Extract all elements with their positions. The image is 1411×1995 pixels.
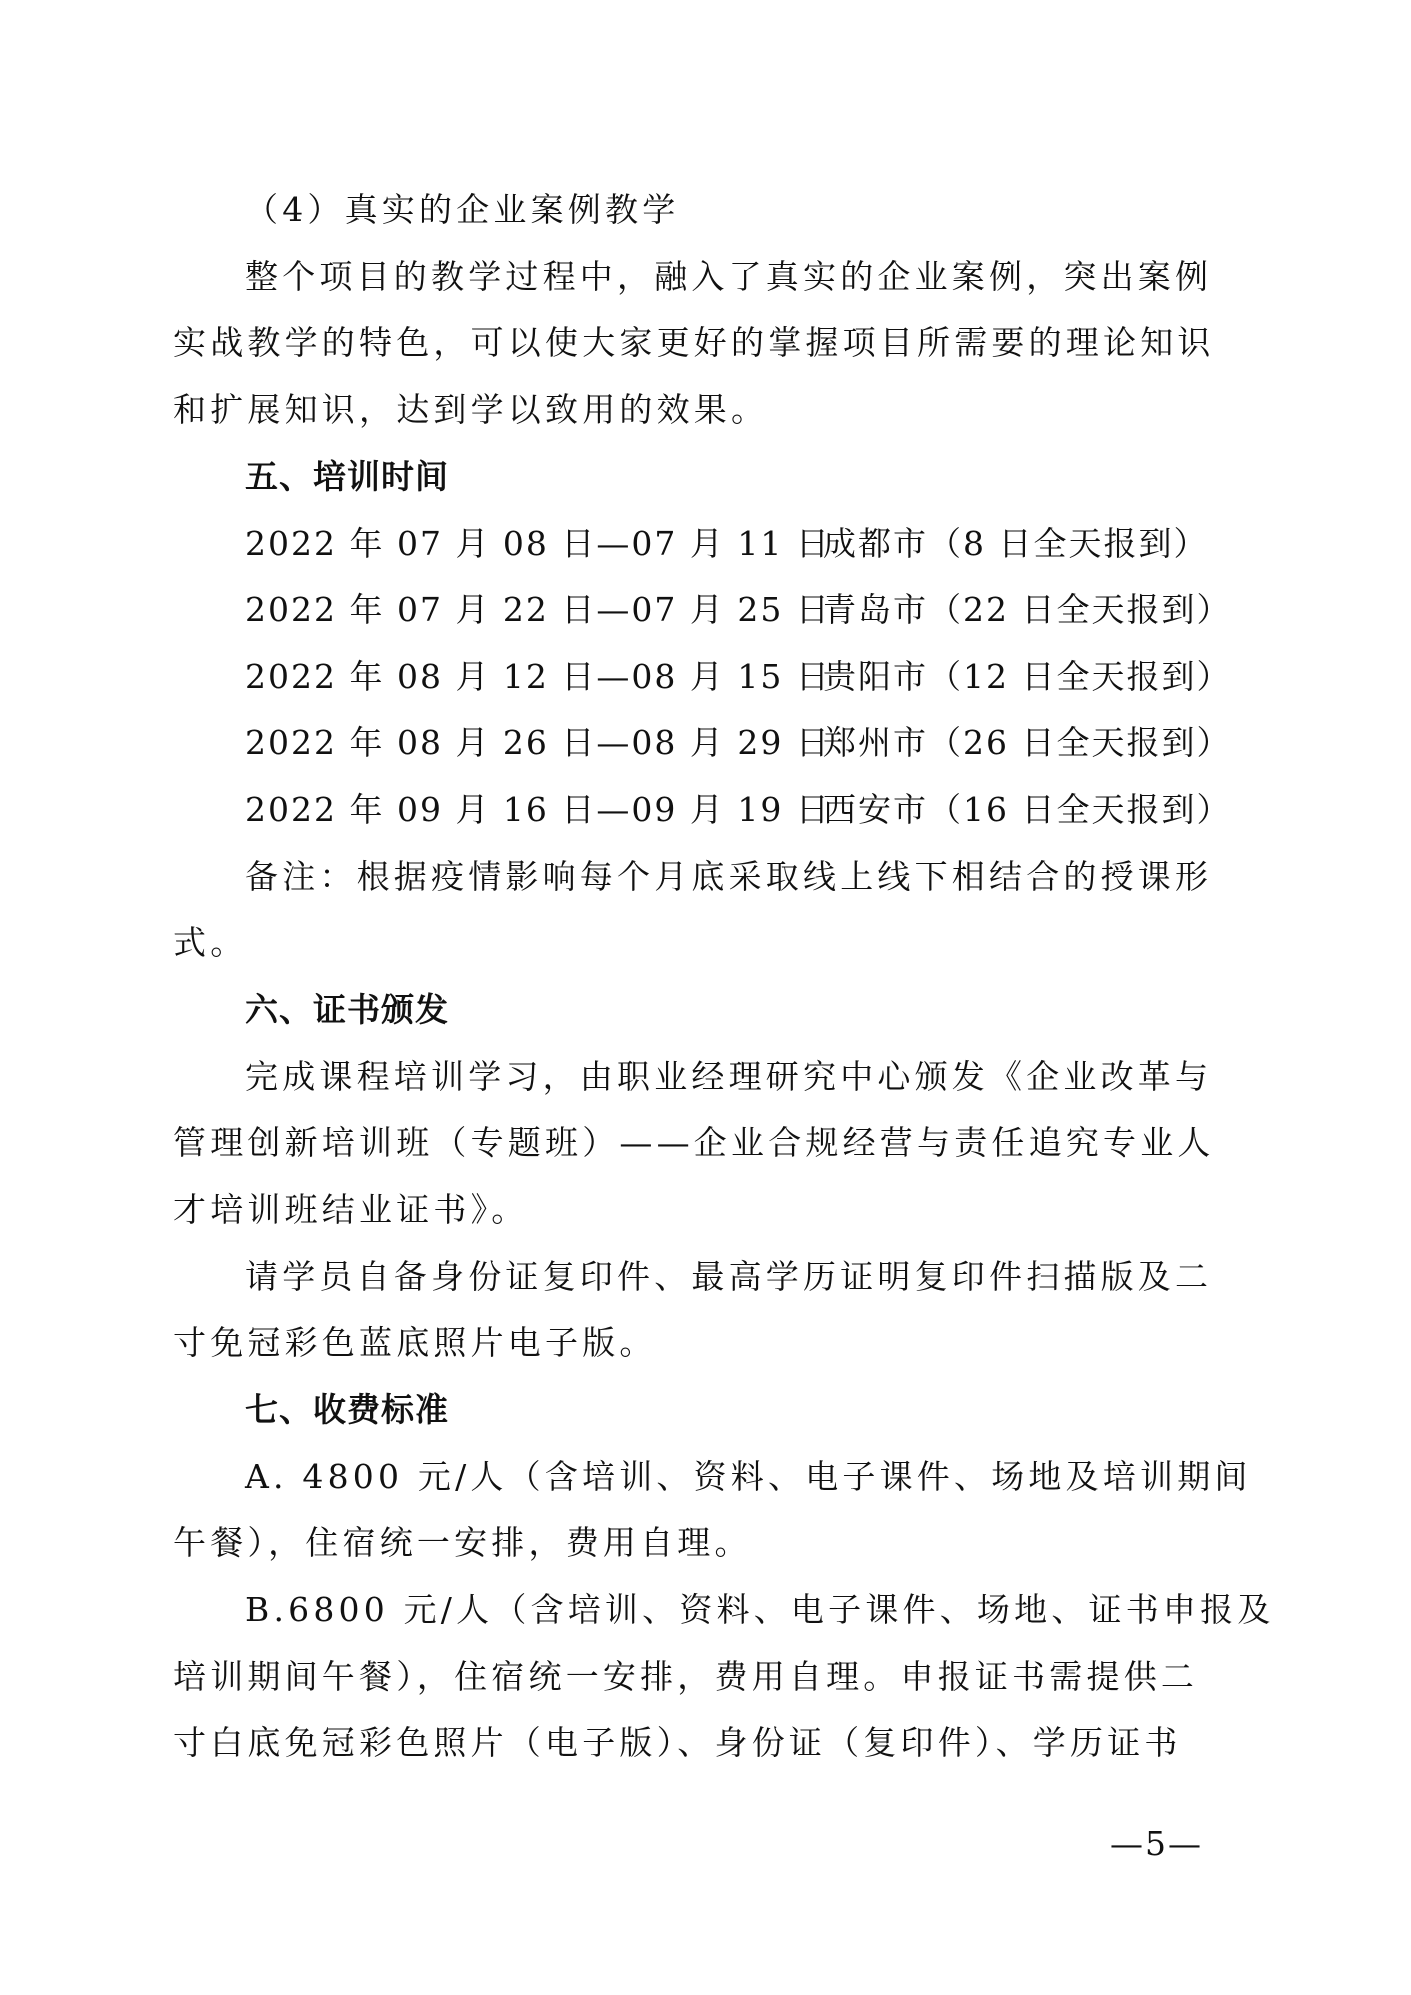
subsection-heading: （4）真实的企业案例教学	[245, 190, 1315, 230]
paragraph-line: 整个项目的教学过程中，融入了真实的企业案例，突出案例	[245, 257, 1315, 297]
schedule-city: 成都市（8 日全天报到）	[823, 524, 1209, 564]
section-heading-fees: 七、收费标准	[245, 1390, 1315, 1430]
schedule-dates: 2022 年 07 月 22 日—07 月 25 日	[245, 590, 831, 629]
note-line: 备注：根据疫情影响每个月底采取线上线下相结合的授课形	[245, 857, 1315, 897]
fee-option-a-line: A. 4800 元/人（含培训、资料、电子课件、场地及培训期间	[245, 1457, 1315, 1497]
schedule-row: 2022 年 08 月 26 日—08 月 29 日 郑州市（26 日全天报到）	[245, 723, 1315, 763]
fee-option-a-line: 午餐），住宿统一安排，费用自理。	[173, 1523, 1243, 1563]
schedule-row: 2022 年 07 月 08 日—07 月 11 日 成都市（8 日全天报到）	[245, 524, 1315, 564]
schedule-city: 郑州市（26 日全天报到）	[823, 723, 1231, 763]
fee-option-b-line: 寸白底免冠彩色照片（电子版）、身份证（复印件）、学历证书	[173, 1723, 1243, 1763]
paragraph-line: 才培训班结业证书》。	[173, 1190, 1243, 1230]
note-line: 式。	[173, 923, 1243, 963]
schedule-row: 2022 年 09 月 16 日—09 月 19 日 西安市（16 日全天报到）	[245, 790, 1315, 830]
section-heading-training-time: 五、培训时间	[245, 457, 1315, 497]
schedule-dates: 2022 年 09 月 16 日—09 月 19 日	[245, 790, 831, 829]
page-number: —5—	[1110, 1824, 1203, 1864]
schedule-city: 贵阳市（12 日全天报到）	[823, 657, 1231, 697]
section-heading-certificate: 六、证书颁发	[245, 990, 1315, 1030]
paragraph-line: 和扩展知识，达到学以致用的效果。	[173, 390, 1243, 430]
paragraph-line: 请学员自备身份证复印件、最高学历证明复印件扫描版及二	[245, 1257, 1315, 1297]
paragraph-line: 完成课程培训学习，由职业经理研究中心颁发《企业改革与	[245, 1057, 1315, 1097]
schedule-row: 2022 年 07 月 22 日—07 月 25 日 青岛市（22 日全天报到）	[245, 590, 1315, 630]
fee-option-b-line: 培训期间午餐），住宿统一安排，费用自理。申报证书需提供二	[173, 1657, 1243, 1697]
paragraph-line: 实战教学的特色，可以使大家更好的掌握项目所需要的理论知识	[173, 323, 1243, 363]
schedule-dates: 2022 年 08 月 12 日—08 月 15 日	[245, 657, 831, 696]
schedule-row: 2022 年 08 月 12 日—08 月 15 日 贵阳市（12 日全天报到）	[245, 657, 1315, 697]
paragraph-line: 寸免冠彩色蓝底照片电子版。	[173, 1323, 1243, 1363]
paragraph-line: 管理创新培训班（专题班）——企业合规经营与责任追究专业人	[173, 1123, 1243, 1163]
schedule-city: 西安市（16 日全天报到）	[823, 790, 1231, 830]
schedule-dates: 2022 年 08 月 26 日—08 月 29 日	[245, 723, 831, 762]
schedule-dates: 2022 年 07 月 08 日—07 月 11 日	[245, 524, 831, 563]
fee-option-b-line: B.6800 元/人（含培训、资料、电子课件、场地、证书申报及	[245, 1590, 1315, 1630]
document-page: （4）真实的企业案例教学 整个项目的教学过程中，融入了真实的企业案例，突出案例 …	[0, 0, 1411, 1995]
schedule-city: 青岛市（22 日全天报到）	[823, 590, 1231, 630]
